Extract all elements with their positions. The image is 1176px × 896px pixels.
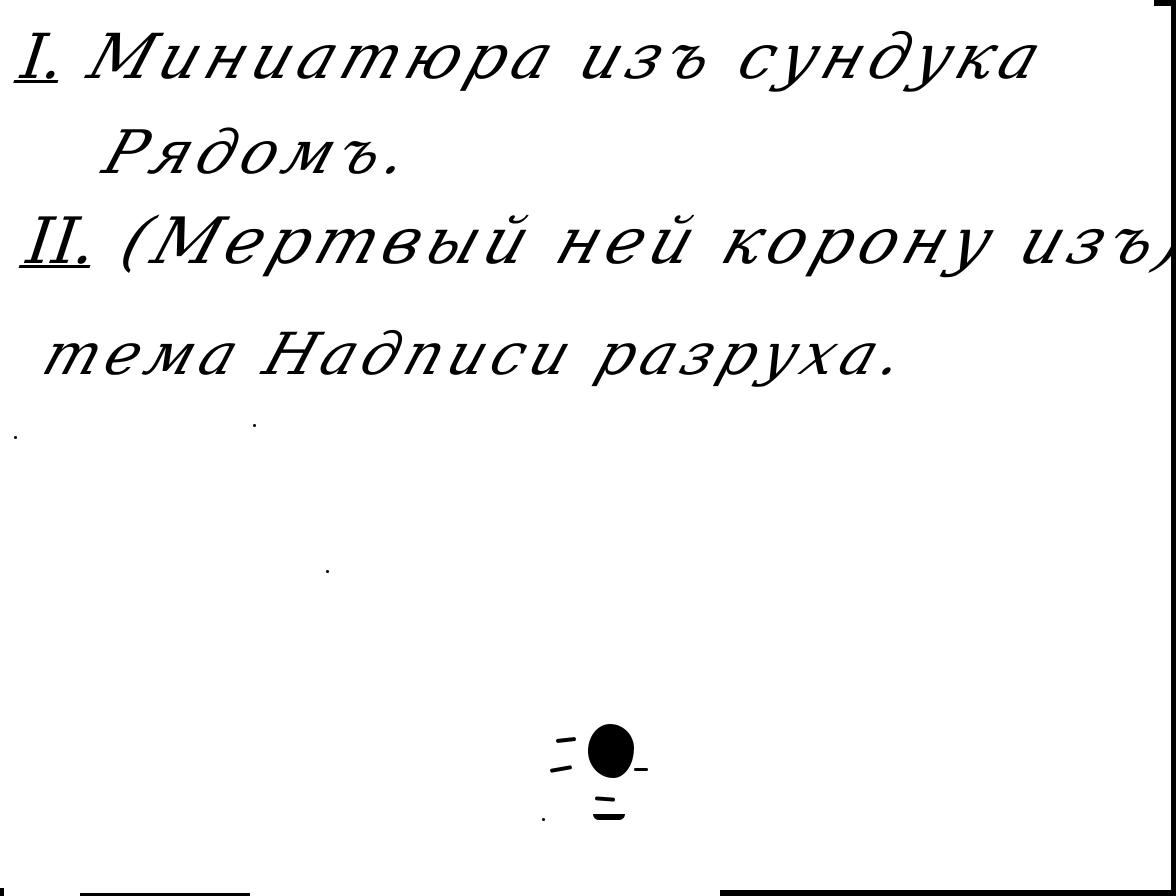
ink-smudge	[634, 768, 648, 771]
ink-smudge	[593, 814, 625, 820]
ink-speck	[326, 570, 329, 573]
item-2-line-1: II. (Мертвый ней корону изъ) Жити	[15, 205, 1176, 279]
ink-speck	[253, 424, 256, 427]
ink-speck	[542, 818, 545, 821]
ink-smudge	[556, 737, 576, 743]
page-edge-corner	[0, 888, 4, 896]
page-edge-corner	[1154, 0, 1176, 6]
item-1-numeral: I.	[10, 20, 78, 93]
item-2-line-2: тема Надписи разруха.	[35, 320, 918, 388]
item-1-line-2: Рядомъ.	[95, 118, 423, 188]
item-1-line-1: I. Миниатюра изъ сундука	[10, 20, 1056, 93]
ink-smudge	[595, 796, 615, 801]
item-1-text: Миниатюра изъ сундука	[80, 20, 1056, 93]
ink-blot-icon	[588, 724, 634, 778]
item-2-text: (Мертвый ней корону изъ) Жити	[112, 205, 1176, 279]
ink-smudge	[550, 765, 572, 773]
document-page: I. Миниатюра изъ сундука Рядомъ. II. (Ме…	[0, 0, 1176, 896]
page-edge-right	[1171, 0, 1176, 896]
item-2-numeral: II.	[15, 205, 110, 279]
ink-speck	[14, 436, 17, 439]
page-edge-bottom	[720, 890, 1176, 896]
